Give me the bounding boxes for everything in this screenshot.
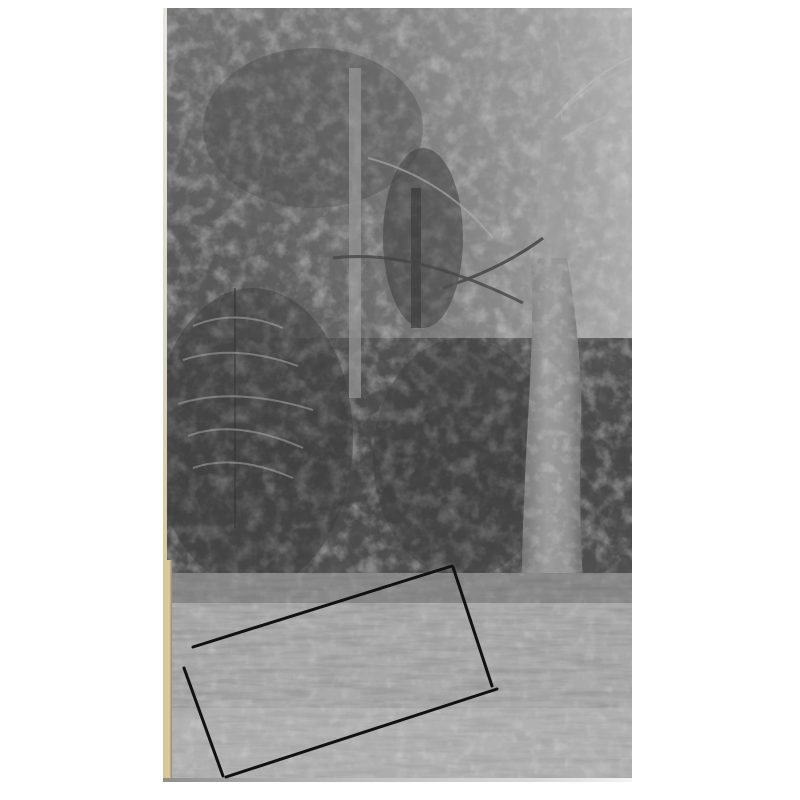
photo-bottom-edge [163,778,632,782]
photo-illustration [163,8,632,778]
photo-paper-edge-lower [163,560,172,778]
forest-photograph [163,8,632,778]
